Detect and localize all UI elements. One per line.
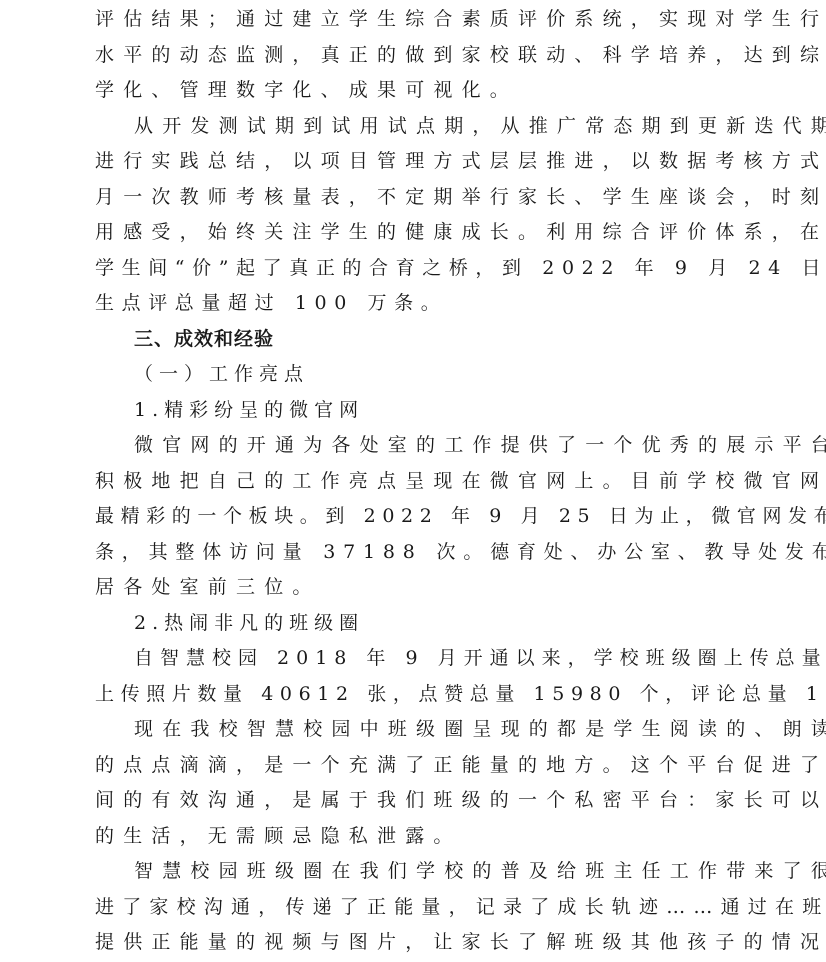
paragraph-line: 的点点滴滴，是一个充满了正能量的地方。这个平台促进了老师和家长之 [95, 748, 735, 784]
document-page: 评估结果；通过建立学生综合素质评价系统，实现对学生行为能力与培养 水平的动态监测… [95, 2, 735, 961]
item-heading: 2.热闹非凡的班级圈 [95, 606, 735, 642]
paragraph-line: 间的有效沟通，是属于我们班级的一个私密平台：家长可以放心记录学生 [95, 783, 735, 819]
paragraph-line: 水平的动态监测，真正的做到家校联动、科学培养，达到综合素质培养科 [95, 38, 735, 74]
subsection-heading: （一）工作亮点 [95, 357, 735, 393]
paragraph-line: 的生活，无需顾忌隐私泄露。 [95, 819, 735, 855]
paragraph-line: 学化、管理数字化、成果可视化。 [95, 73, 735, 109]
paragraph-line: 居各处室前三位。 [95, 570, 735, 606]
paragraph-line: 从开发测试期到试用试点期，从推广常态期到更新迭代期，我校不断 [95, 109, 735, 145]
item-heading: 1.精彩纷呈的微官网 [95, 393, 735, 429]
paragraph-line: 最精彩的一个板块。到 2022 年 9 月 25 日为止，微官网发布校园动态 1… [95, 499, 735, 535]
paragraph-line: 进了家校沟通，传递了正能量，记录了成长轨迹……通过在班级群内不断 [95, 890, 735, 926]
paragraph-line: 现在我校智慧校园中班级圈呈现的都是学生阅读的、朗读的、做家务 [95, 712, 735, 748]
paragraph-line: 微官网的开通为各处室的工作提供了一个优秀的展示平台。各处室都 [95, 428, 735, 464]
paragraph-line: 上传照片数量 40612 张，点赞总量 15980 个，评论总量 13638 条… [95, 677, 735, 713]
section-heading: 三、成效和经验 [95, 322, 735, 358]
paragraph-line: 月一次教师考核量表，不定期举行家长、学生座谈会，时刻关注家长的使 [95, 180, 735, 216]
paragraph-line: 用感受，始终关注学生的健康成长。利用综合评价体系，在老师、家长与 [95, 215, 735, 251]
paragraph-line: 评估结果；通过建立学生综合素质评价系统，实现对学生行为能力与培养 [95, 2, 735, 38]
paragraph-line: 条，其整体访问量 37188 次。德育处、办公室、教导处发布校园动态数量 [95, 535, 735, 571]
paragraph-line: 进行实践总结，以项目管理方式层层推进，以数据考核方式积极落实。每 [95, 144, 735, 180]
paragraph-line: 自智慧校园 2018 年 9 月开通以来，学校班级圈上传总量 16818 条， [95, 641, 735, 677]
paragraph-line: 提供正能量的视频与图片，让家长了解班级其他孩子的情况，让班级成为 [95, 925, 735, 961]
paragraph-line: 学生间“价”起了真正的合育之桥，到 2022 年 9 月 24 日为止，教师对学 [95, 251, 735, 287]
paragraph-line: 积极地把自己的工作亮点呈现在微官网上。目前学校微官网是智慧校园中 [95, 464, 735, 500]
paragraph-line: 生点评总量超过 100 万条。 [95, 286, 735, 322]
paragraph-line: 智慧校园班级圈在我们学校的普及给班主任工作带来了很多好处：促 [95, 854, 735, 890]
